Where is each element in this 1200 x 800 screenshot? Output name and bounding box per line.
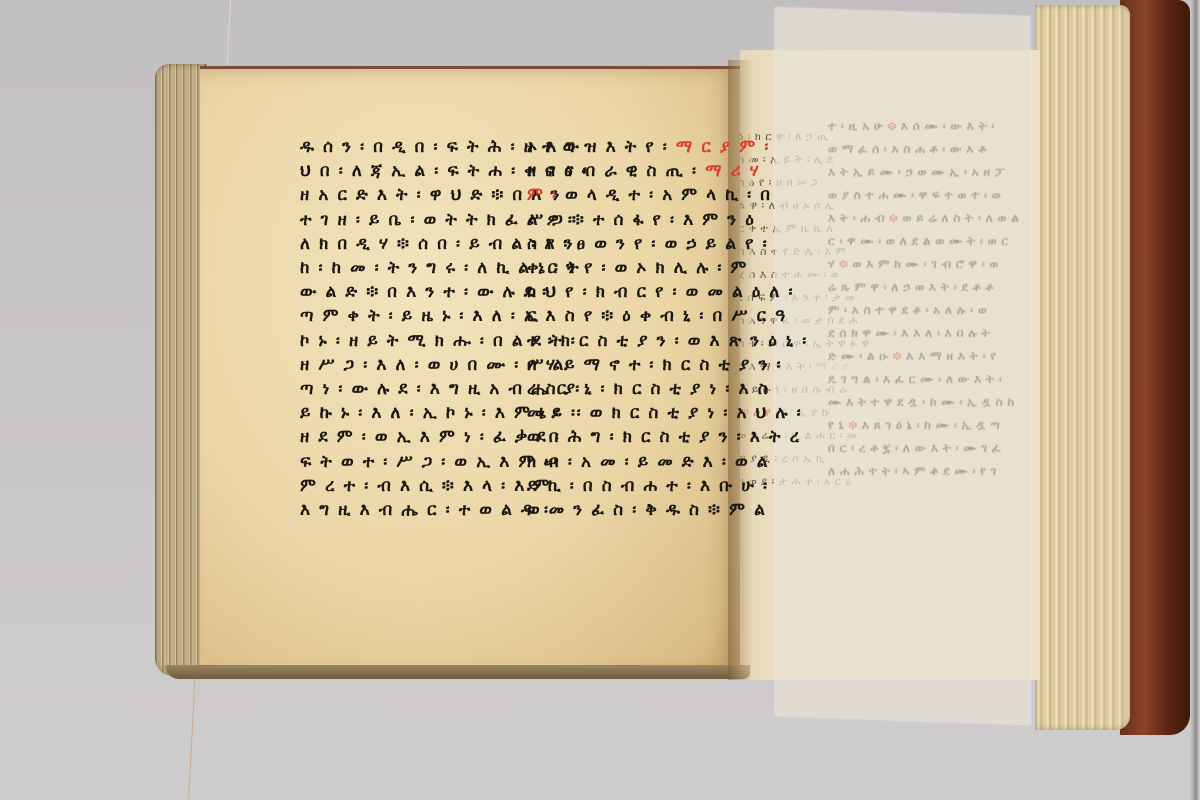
text-line: እ ት ፡ ሐ ብ ፨ ወ ይ ሬ ለ ስ ት ፡ ለ ወ ል	[828, 207, 1019, 230]
text-line: ዴ ገ ግ ል ፡ እ ፈ ር ሙ ፡ ለ ው እ ት ፡	[828, 368, 1019, 391]
text-line: ሬ ጹ ም ዋ ፡ ለ ኃ ወ እ ት ፡ ደ ቶ ቶ	[828, 276, 1019, 299]
text-line: ተ ፡ ዚ አ ሁ ፨ እ ሰ ሙ ፡ ው እ ት ፡	[828, 115, 1019, 138]
text-line: ሃ ፨ ወ እ ም ክ ሙ ፡ ገ ብ ሮ ዋ ፡ ወ	[828, 253, 1019, 276]
left-page-bottom-edge	[165, 665, 750, 679]
text-line: እ ት ኢ ይ ሙ ፡ ኃ ወ ሙ ኢ ፡ አ ዘ ፓ	[828, 161, 1019, 184]
text-line: ም ፡ ወ ላ ዲ ተ ፡ አ ም ላ ኪ ፡ በ	[527, 183, 808, 207]
text-line: ወ መ ን ፈ ስ ፡ ቅ ዱ ስ ፨ ም ል	[527, 498, 808, 522]
text-line: መ ይ ፡፡ ወ ክ ር ስ ቲ ያ ነ ፡ አ ህ ሉ ፡	[527, 401, 808, 425]
leather-cover	[1120, 0, 1190, 735]
text-line: ስ የ ፡ ፀ ወ ን የ ፡ ወ ኃ ይ ል የ ፡	[527, 232, 808, 256]
text-line: ወ ያ ስ ተ ሐ ሙ ፡ ዋ ፍ ተ ወ ተ ፡ ወ	[828, 184, 1019, 207]
text-line: የ ኒ ፨ እ ጸ ገ ዕ ኒ ፡ ከ ሙ ፡ ኢ ዷ ጣ	[828, 414, 1019, 437]
text-line: ም ፡ እ ስ ተ ዋ ደ ቶ ፡ አ ለ ሉ ፡ ወ	[828, 299, 1019, 322]
text-line: ረ ስ ያ ኒ ፡ ክ ር ስ ቲ ያ ነ ፡ እ ስ	[527, 377, 808, 401]
text-line: ኦ እ ግ ዝ እ ት የ ፡ ማ ር ያ ም ፡	[527, 135, 808, 159]
display-case-edge	[1190, 0, 1200, 800]
text-line: ድ ሙ ፡ ል ዑ ፨ እ እ ማ ዘ እ ት ፡ የ	[828, 345, 1019, 368]
text-line: ወ ማ ፈ ሰ ፡ እ ስ ሐ ቶ ፡ ው እ ቶ	[828, 138, 1019, 161]
text-line: ር እ ስ የ ፨ ዕ ቀ ብ ኒ ፡ በ ሥ ር ዓ	[527, 304, 808, 328]
text-line: ክ ብ ፡ አ መ ፡ ይ መ ድ እ ፡ ወ ል	[527, 450, 808, 474]
text-line: ሙ እ ት ተ ዋ ደ ዷ ፡ ከ ሙ ፡ ኢ ዷ ስ ከ	[828, 391, 1019, 414]
text-line: ወ በ ሕ ግ ፡ ክ ር ስ ቲ ያ ን ፡ እ ት ረ	[527, 425, 808, 449]
rubric: ም ፡	[527, 185, 565, 205]
text-line: ክ ህ የ ፡ ክ ብ ር የ ፡ ወ መ ል ዕ ለ ፡	[527, 280, 808, 304]
rubric-mary: ማ ር ያ ም ፡	[676, 137, 770, 157]
text-line: ተ ፡ ክ ር ስ ቲ ያ ን ፡ ወ እ ጽ ን ዕ ኒ ፡	[527, 329, 808, 353]
rubric-mary: ማ ሪ ሃ	[705, 161, 760, 181]
text-line: ለ ሐ ሕ ተ ት ፡ ኣ ም ቶ ደ ሙ ፡ የ ገ	[828, 460, 1019, 483]
text-line: ሥ ጋ ፨ ተ ሰ ፋ የ ፡ እ ም ን ዕ	[527, 208, 808, 232]
text-line: በ ሃ ይ ማ ኖ ተ ፡ ክ ር ስ ቲ ያ ን ፡	[527, 353, 808, 377]
manuscript-photo: ፅ ፡ ክ ር ዋ ፡ ለ ኃ ጢ ከ መ ፡ ኢ ይ ት ፡ ሊ ደ ስ ዕ …	[0, 0, 1200, 800]
text-line: ድ ኪ ፡ በ ስ ብ ሐ ተ ፡ እ ቡ ሁ ፡	[527, 474, 808, 498]
text-line: ዘ በ ዕ ብ ራ ዊ ስ ጢ ፡ ማ ሪ ሃ	[527, 159, 808, 183]
veiled-text-column: ተ ፡ ዚ አ ሁ ፨ እ ሰ ሙ ፡ ው እ ት ፡ ወ ማ ፈ ሰ ፡ እ …	[828, 115, 1019, 483]
text-line: ቀ ር ን የ ፡ ወ ኦ ክ ሊ ሉ ፡ ም	[527, 256, 808, 280]
text-line: ር ፡ ዋ ሙ ፡ ወ ለ ደ ል ወ ሙ ት ፡ ወ ር	[828, 230, 1019, 253]
left-page-column-2: ኦ እ ግ ዝ እ ት የ ፡ ማ ር ያ ም ፡ ዘ በ ዕ ብ ራ ዊ ስ …	[527, 135, 808, 522]
text-line: በ ር ፡ ረ ቶ ፯ ፡ ለ ው እ ት ፡ ሙ ገ ፈ	[828, 437, 1019, 460]
text-line: ደ ሰ ክ ዋ ሙ ፡ እ እ ለ ፡ እ በ ሉ ት	[828, 322, 1019, 345]
right-text-block-edge	[1035, 5, 1130, 730]
